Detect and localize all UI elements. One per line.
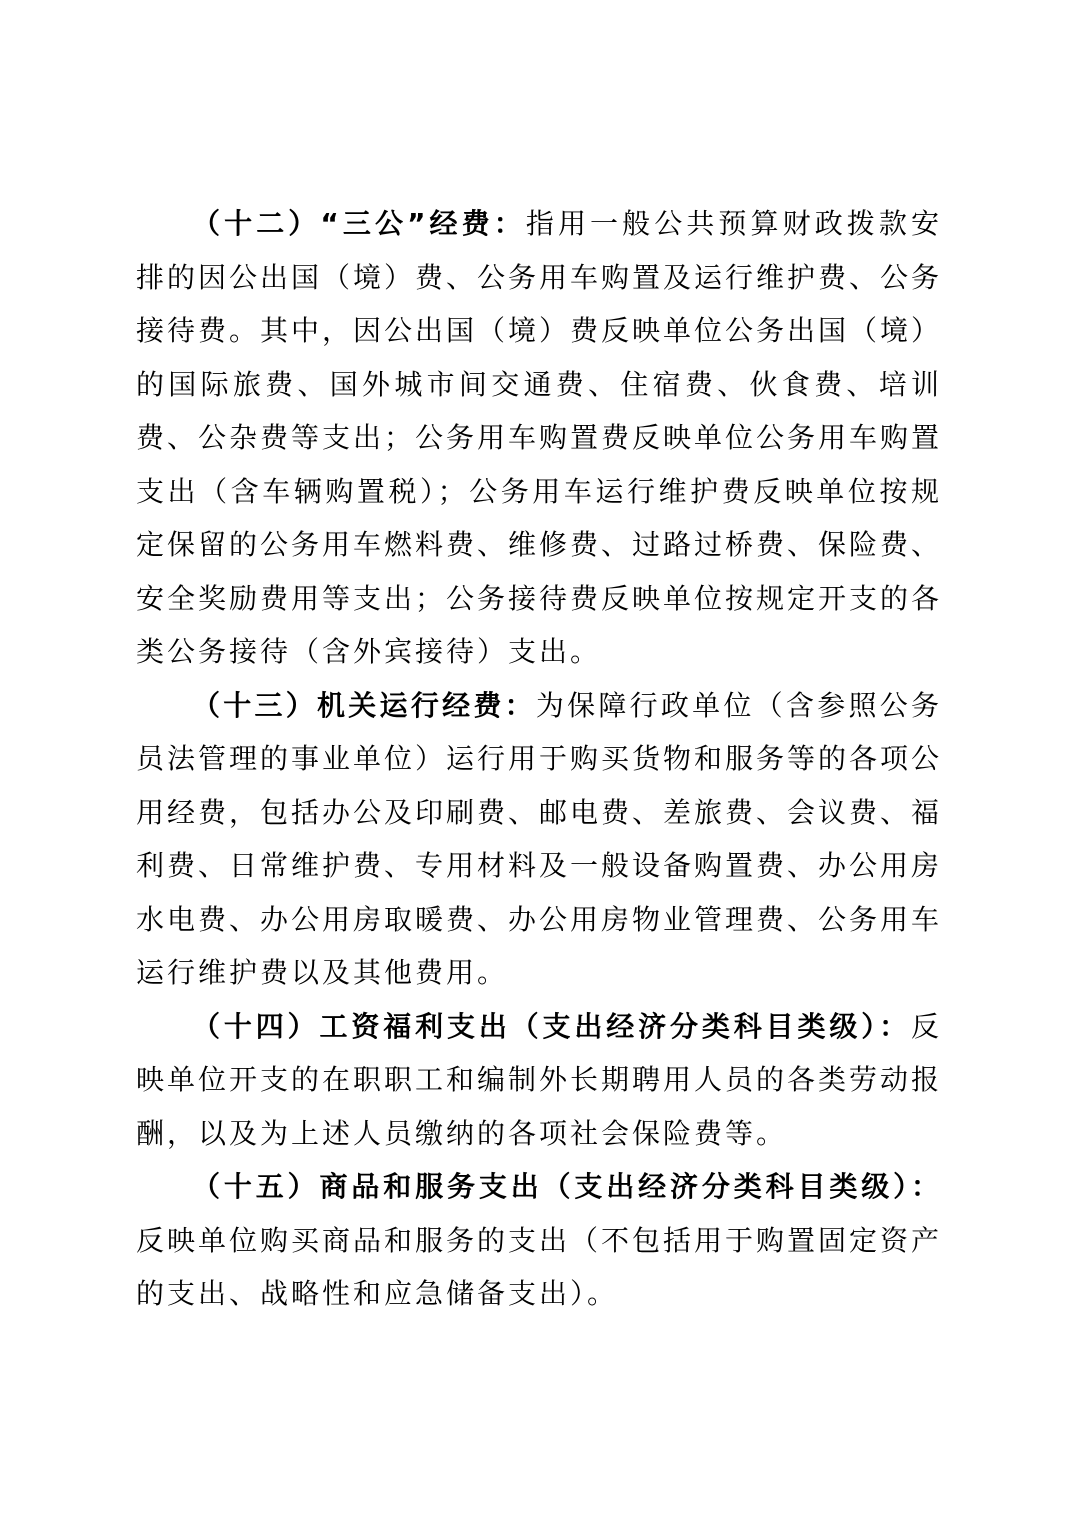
paragraph-13-agency-operating-funds: （十三）机关运行经费：为保障行政单位（含参照公务员法管理的事业单位）运行用于购买… (136, 679, 942, 1000)
paragraph-13-body: 为保障行政单位（含参照公务员法管理的事业单位）运行用于购买货物和服务等的各项公用… (136, 689, 942, 990)
paragraph-12-body: 指用一般公共预算财政拨款安排的因公出国（境）费、公务用车购置及运行维护费、公务接… (136, 207, 942, 668)
document-page: （十二）“三公”经费：指用一般公共预算财政拨款安排的因公出国（境）费、公务用车购… (0, 0, 1075, 1521)
paragraph-15-body: 反映单位购买商品和服务的支出（不包括用于购置固定资产的支出、战略性和应急储备支出… (136, 1224, 942, 1311)
paragraph-12-sangong-expenses: （十二）“三公”经费：指用一般公共预算财政拨款安排的因公出国（境）费、公务用车购… (136, 197, 942, 679)
paragraph-14-salary-welfare-expenditure: （十四）工资福利支出（支出经济分类科目类级）：反映单位开支的在职职工和编制外长期… (136, 1000, 942, 1161)
document-text-block: （十二）“三公”经费：指用一般公共预算财政拨款安排的因公出国（境）费、公务用车购… (136, 197, 942, 1321)
paragraph-12-heading: （十二）“三公”经费： (192, 207, 526, 240)
paragraph-13-heading: （十三）机关运行经费： (192, 689, 536, 722)
paragraph-14-heading: （十四）工资福利支出（支出经济分类科目类级）： (192, 1010, 911, 1043)
paragraph-15-heading: （十五）商品和服务支出（支出经济分类科目类级）： (192, 1170, 942, 1203)
paragraph-15-goods-services-expenditure: （十五）商品和服务支出（支出经济分类科目类级）：反映单位购买商品和服务的支出（不… (136, 1160, 942, 1321)
